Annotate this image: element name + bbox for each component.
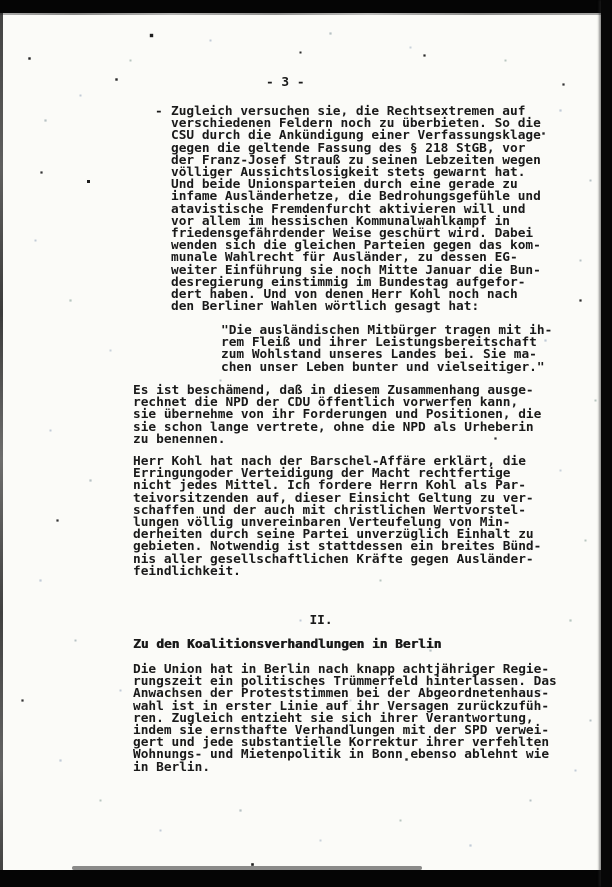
- scan-smudge: [72, 866, 422, 870]
- scan-border-left: [0, 13, 3, 870]
- bullet-marker: -: [155, 106, 163, 118]
- paragraph-kohl-barschel: Herr Kohl hat nach der Barschel-Affäre e…: [133, 456, 541, 578]
- section-heading: Zu den Koalitionsverhandlungen in Berlin: [133, 639, 441, 651]
- scan-border-bottom: [0, 870, 612, 887]
- scanned-page: - 3 - - Zugleich versuchen sie, die Rech…: [0, 0, 612, 887]
- block-quote: "Die ausländischen Mitbürger tragen mit …: [221, 325, 552, 374]
- page-edge-line: [0, 13, 612, 15]
- scan-border-right: [601, 0, 612, 887]
- scan-border-top: [0, 0, 612, 13]
- section-numeral: II.: [133, 615, 509, 627]
- scan-noise-dark-specks: [0, 0, 1, 1]
- paragraph-npd-cdu: Es ist beschämend, daß in diesem Zusamme…: [133, 385, 541, 446]
- bullet-paragraph: Zugleich versuchen sie, die Rechtsextrem…: [171, 106, 541, 313]
- page-number: - 3 -: [266, 77, 305, 89]
- paragraph-berlin-koalition: Die Union hat in Berlin nach knapp achtj…: [133, 664, 557, 774]
